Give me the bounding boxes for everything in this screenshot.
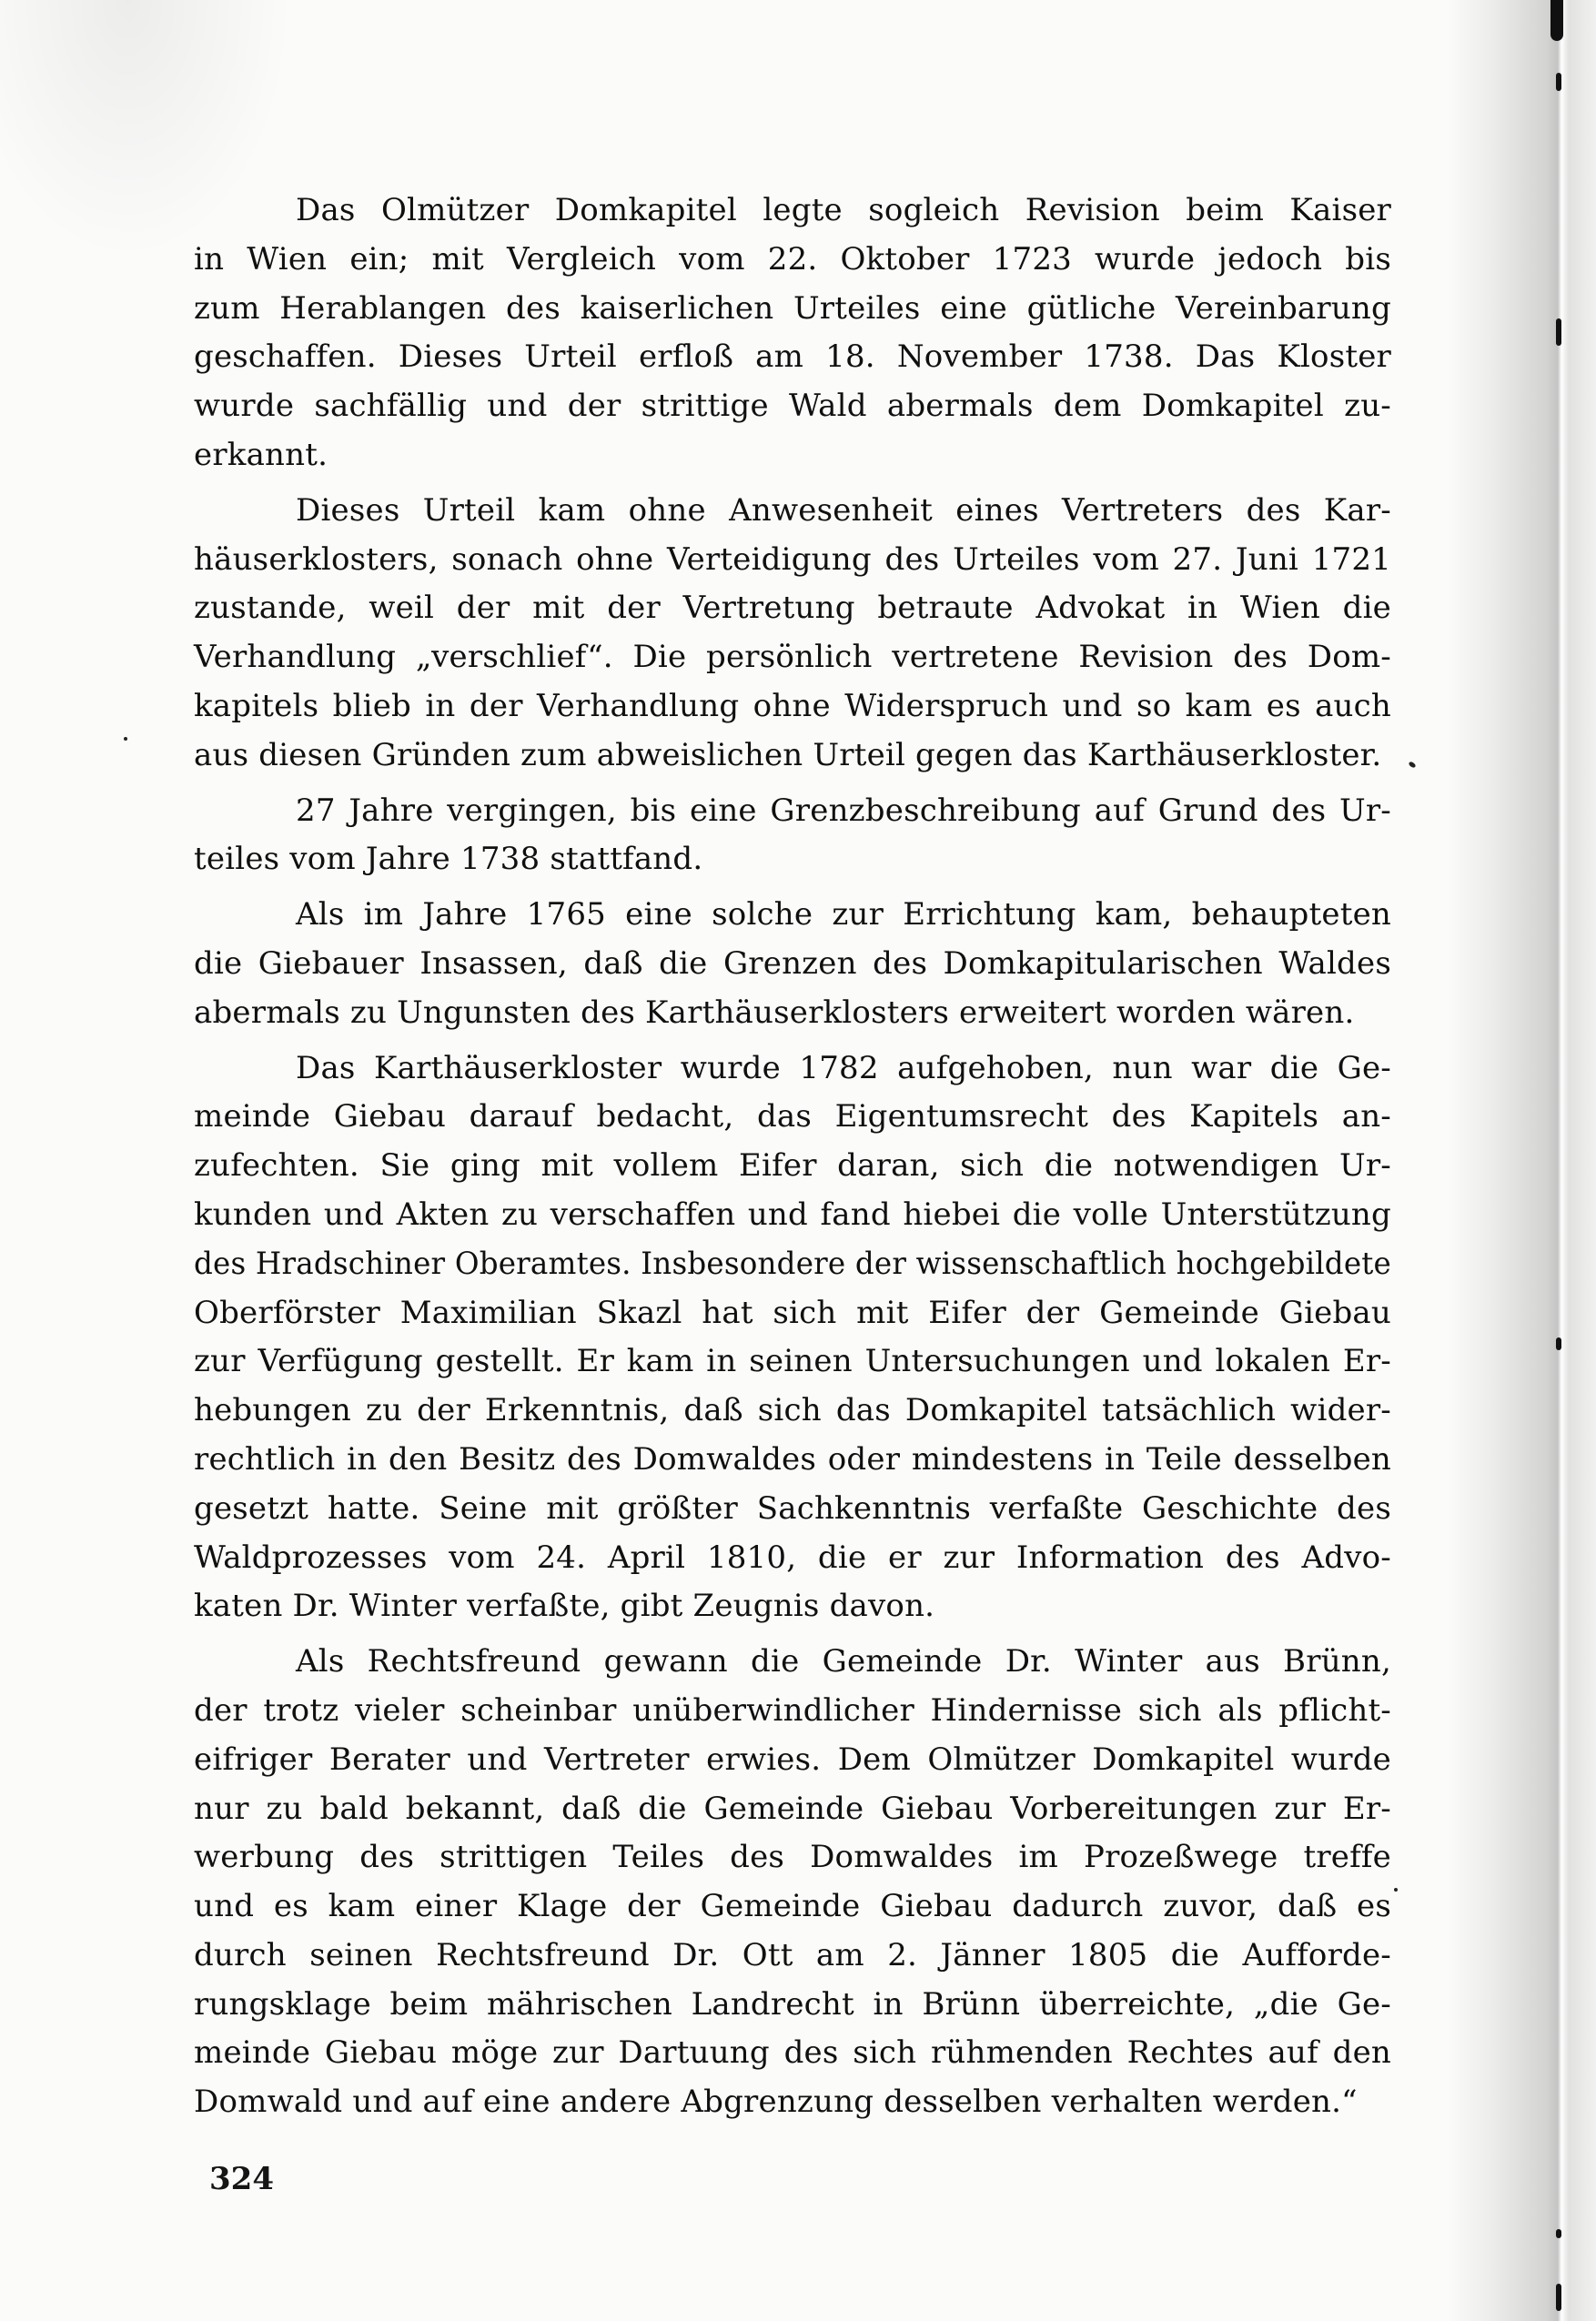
text-line: Dieses Urteil kam ohne Anwesenheit eines… [194, 487, 1391, 536]
text-line: zufechten. Sie ging mit vollem Eifer dar… [194, 1142, 1391, 1191]
text-line: 27 Jahre vergingen, bis eine Grenzbeschr… [194, 787, 1391, 836]
page-number: 324 [209, 2161, 274, 2197]
text-line: eifriger Berater und Vertreter erwies. D… [194, 1736, 1391, 1785]
text-line: durch seinen Rechtsfreund Dr. Ott am 2. … [194, 1932, 1391, 1981]
paragraph: 27 Jahre vergingen, bis eine Grenzbeschr… [194, 787, 1391, 885]
text-line: abermals zu Ungunsten des Karthäuserklos… [194, 989, 1391, 1038]
text-line: zum Herablangen des kaiserlichen Urteile… [194, 285, 1391, 334]
text-line: Als im Jahre 1765 eine solche zur Errich… [194, 891, 1391, 940]
text-line: katen Dr. Winter verfaßte, gibt Zeugnis … [194, 1582, 1391, 1631]
binding-speck [1556, 318, 1561, 346]
text-line: meinde Giebau darauf bedacht, das Eigent… [194, 1093, 1391, 1142]
text-line: Verhandlung „verschlief“. Die persönlich… [194, 633, 1391, 682]
text-line: nur zu bald bekannt, daß die Gemeinde Gi… [194, 1785, 1391, 1834]
text-line: Domwald und auf eine andere Abgrenzung d… [194, 2078, 1391, 2127]
text-line: kapitels blieb in der Verhandlung ohne W… [194, 682, 1391, 732]
paragraph: Als Rechtsfreund gewann die Gemeinde Dr.… [194, 1638, 1391, 2127]
text-line: hebungen zu der Erkenntnis, daß sich das… [194, 1387, 1391, 1436]
paragraph: Das Olmützer Domkapitel legte sogleich R… [194, 187, 1391, 480]
text-line: rechtlich in den Besitz des Domwaldes od… [194, 1436, 1391, 1485]
paragraph: Dieses Urteil kam ohne Anwesenheit eines… [194, 487, 1391, 781]
text-line: Als Rechtsfreund gewann die Gemeinde Dr.… [194, 1638, 1391, 1687]
text-line: des Hradschiner Oberamtes. Insbesondere … [194, 1240, 1391, 1289]
binding-shadow-mark [1551, 0, 1563, 41]
text-line: Das Olmützer Domkapitel legte sogleich R… [194, 187, 1391, 236]
text-line: zustande, weil der mit der Vertretung be… [194, 584, 1391, 633]
text-line: die Giebauer Insassen, daß die Grenzen d… [194, 940, 1391, 989]
text-line: der trotz vieler scheinbar unüberwindlic… [194, 1687, 1391, 1736]
text-line: Oberförster Maximilian Skazl hat sich mi… [194, 1289, 1391, 1338]
text-line: häuserklosters, sonach ohne Verteidigung… [194, 536, 1391, 585]
text-line: rungsklage beim mährischen Landrecht in … [194, 1981, 1391, 2030]
text-line: erkannt. [194, 431, 1391, 480]
text-line: aus diesen Gründen zum abweislichen Urte… [194, 732, 1391, 781]
text-line: und es kam einer Klage der Gemeinde Gieb… [194, 1882, 1391, 1932]
text-line: wurde sachfällig und der strittige Wald … [194, 382, 1391, 431]
text-line: in Wien ein; mit Vergleich vom 22. Oktob… [194, 236, 1391, 285]
text-line: Waldprozesses vom 24. April 1810, die er… [194, 1534, 1391, 1583]
text-line: kunden und Akten zu verschaffen und fand… [194, 1191, 1391, 1240]
dust-speck [124, 737, 127, 741]
text-line: zur Verfügung gestellt. Er kam in seinen… [194, 1337, 1391, 1387]
text-line: meinde Giebau möge zur Dartuung des sich… [194, 2029, 1391, 2078]
paragraph: Als im Jahre 1765 eine solche zur Errich… [194, 891, 1391, 1037]
scanned-book-page: Das Olmützer Domkapitel legte sogleich R… [0, 0, 1596, 2321]
dust-speck [1408, 761, 1416, 769]
binding-speck [1556, 2284, 1561, 2311]
text-line: Das Karthäuserkloster wurde 1782 aufgeho… [194, 1044, 1391, 1094]
text-line: gesetzt hatte. Seine mit größter Sachken… [194, 1485, 1391, 1534]
binding-speck [1556, 73, 1561, 91]
body-text: Das Olmützer Domkapitel legte sogleich R… [194, 187, 1391, 2127]
text-line: werbung des strittigen Teiles des Domwal… [194, 1833, 1391, 1882]
binding-speck [1556, 1337, 1561, 1350]
dust-speck [1394, 1888, 1398, 1892]
text-line: teiles vom Jahre 1738 stattfand. [194, 835, 1391, 884]
text-line: geschaffen. Dieses Urteil erfloß am 18. … [194, 333, 1391, 382]
binding-speck [1556, 2229, 1561, 2238]
paragraph: Das Karthäuserkloster wurde 1782 aufgeho… [194, 1044, 1391, 1632]
